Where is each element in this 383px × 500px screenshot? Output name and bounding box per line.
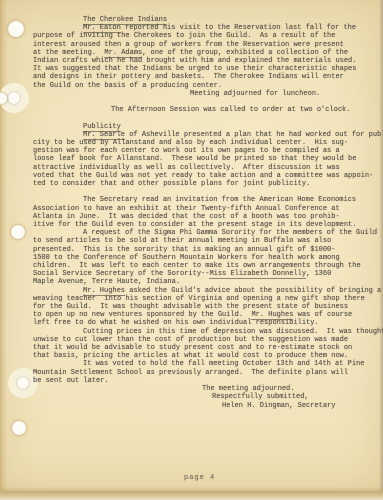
text-line: Mr. Hughes asked the Guild's advice abou… (33, 287, 381, 295)
text-line: Meeting adjourned for luncheon. (33, 90, 381, 98)
text-line: Respectfully submitted, (33, 393, 381, 401)
punch-hole (8, 92, 20, 104)
text-line: Maple Avenue, Terre Haute, Indiana. (33, 278, 381, 286)
text-line: interest aroused then a group of workers… (33, 41, 381, 49)
text-line: left free to do what he wished on his ow… (33, 319, 381, 327)
text-line: Association to have an exhibit at their … (33, 205, 381, 213)
punch-hole (17, 377, 29, 389)
text-line: the Guild on the basis of a producing ce… (33, 82, 381, 90)
text-line: loose leaf book for Allanstand. These wo… (33, 155, 381, 163)
text-line: 1500 to the Conference of Southern Mount… (33, 254, 381, 262)
text-line: It was voted to hold the fall meeting Oc… (33, 360, 381, 368)
text-line: presented. This is the sorority that is … (33, 246, 381, 254)
document-text: The Cherokee IndiansMr. Eaton reported h… (33, 16, 381, 410)
text-line: itive for the Guild even to consider at … (33, 221, 381, 229)
text-line: Mr. Searle of Asheville presented a plan… (33, 131, 381, 139)
text-line: Cutting prices in this time of depressio… (33, 328, 381, 336)
page-number: page 4 (184, 474, 215, 482)
text-line: to send articles to be sold at their ann… (33, 237, 381, 245)
text-line: weaving teacher into his section of Virg… (33, 295, 381, 303)
text-line: Mountain Settlement School as previously… (33, 369, 381, 377)
text-line: purpose of inviting the Cherokees to joi… (33, 32, 381, 40)
punch-hole (12, 421, 26, 435)
text-line: be sent out later. (33, 377, 381, 385)
punch-hole (8, 21, 24, 37)
text-line: and designs in their pottery and baskets… (33, 73, 381, 81)
text-line: Helen H. Dingman, Secretary (33, 402, 381, 410)
text-line (33, 114, 381, 122)
text-line: Atlanta in June. It was decided that the… (33, 213, 381, 221)
text-line: voted that the Guild was not yet ready t… (33, 172, 381, 180)
text-line (33, 98, 381, 106)
scanned-document: The Cherokee IndiansMr. Eaton reported h… (0, 0, 383, 500)
paper-left-edge (0, 0, 7, 491)
text-line: ted to consider that and other possible … (33, 180, 381, 188)
text-line: at the meeting. Mr. Adams, one of the gr… (33, 49, 381, 57)
text-line: The Afternoon Session was called to orde… (33, 106, 381, 114)
paper-bottom-edge (0, 491, 383, 500)
text-line: city to be used by Allanstand and also b… (33, 139, 381, 147)
text-line: The meeting adjourned. (33, 385, 381, 393)
text-line: The Cherokee Indians (33, 16, 381, 24)
punch-hole (11, 225, 25, 239)
text-line: attractive individually as well as colle… (33, 164, 381, 172)
text-line: Indian crafts which he had brought with … (33, 57, 381, 65)
text-line: The Secretary read an invitation from th… (33, 196, 381, 204)
text-line: Publicity (33, 123, 381, 131)
text-line: unwise to cut lower than the cost of pro… (33, 336, 381, 344)
